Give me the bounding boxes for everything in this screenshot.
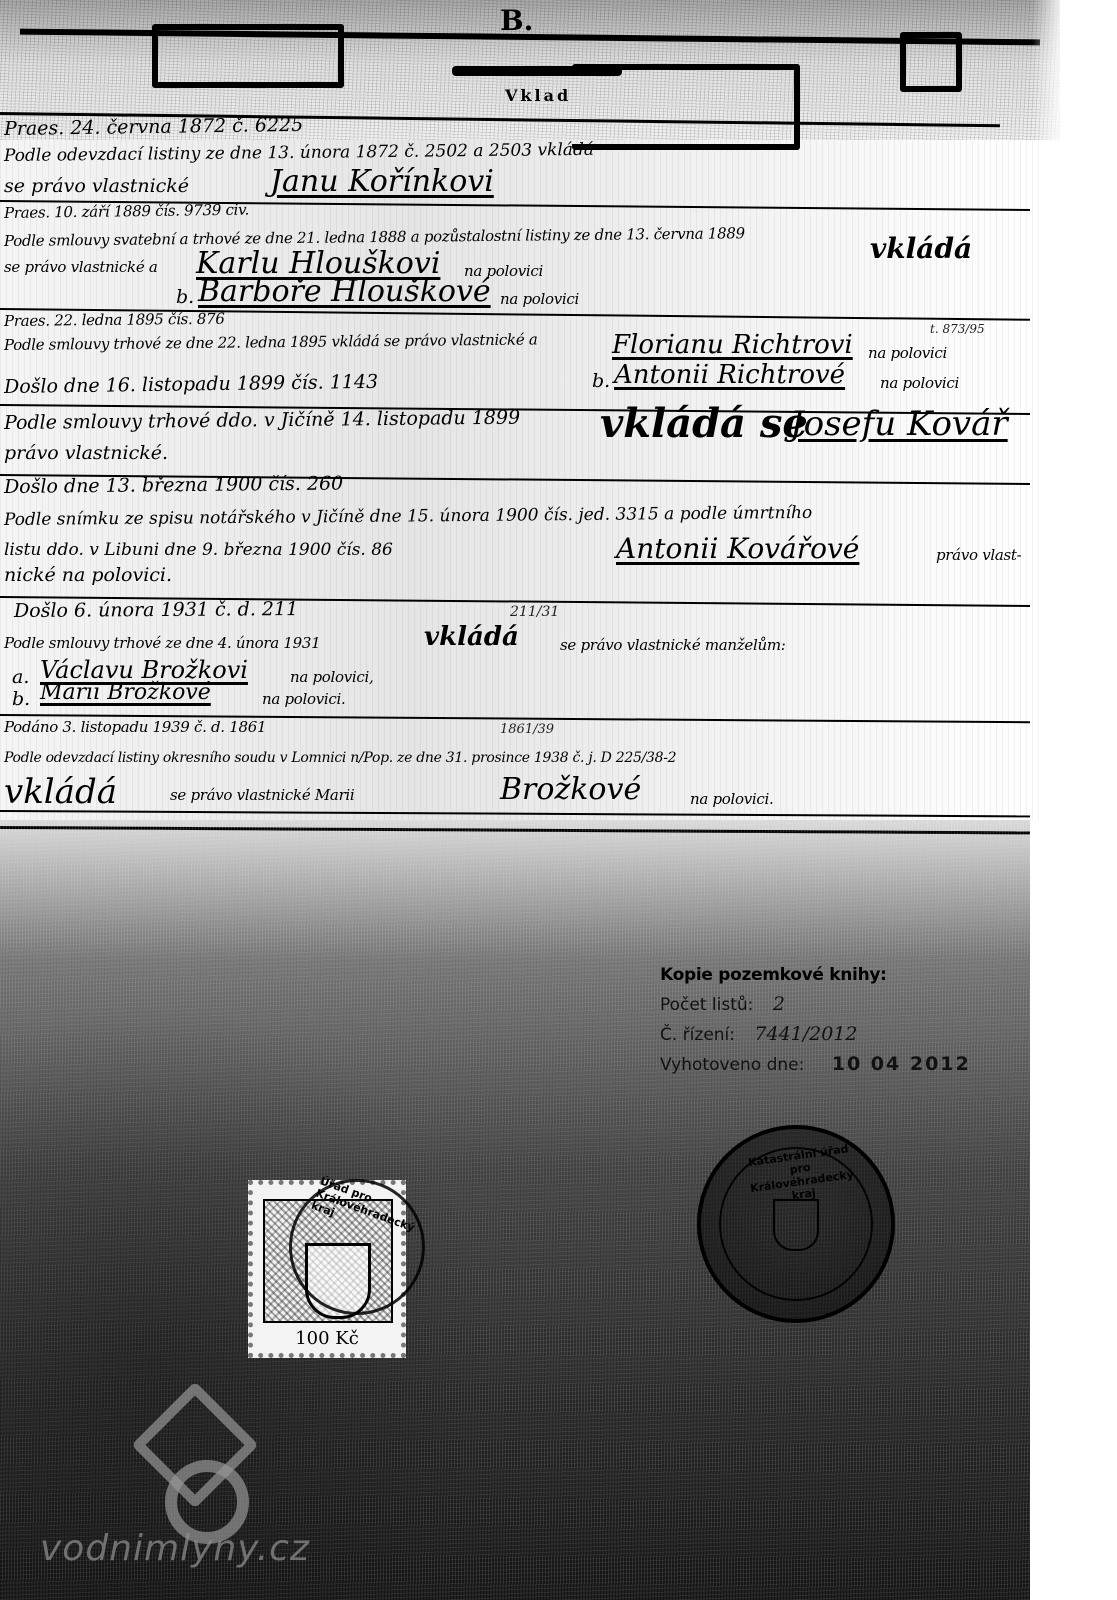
owner-name: Janu Kořínkovi bbox=[270, 164, 494, 199]
issued-label: Vyhotoveno dne: bbox=[660, 1055, 804, 1075]
watermark-text: vodnimlyny.cz bbox=[40, 1528, 310, 1569]
page-margin bbox=[1032, 0, 1117, 1600]
owner-prefix: b. bbox=[176, 286, 194, 308]
owner-prefix: b. bbox=[12, 688, 30, 710]
entry-date: Praes. 22. ledna 1895 čís. 876 bbox=[4, 310, 225, 330]
owner-share: na polovici, bbox=[290, 668, 373, 686]
entry-text: nické na polovici. bbox=[4, 564, 172, 586]
owner-name: Barboře Hlouškové bbox=[198, 274, 491, 309]
vklada-word: vkládá bbox=[424, 622, 519, 652]
ref-label: Č. řízení: bbox=[660, 1025, 735, 1045]
vklada-word: vkládá se bbox=[600, 400, 808, 447]
revenue-stamp: Úřad pro Královéhradecký kraj 100 Kč bbox=[248, 1180, 406, 1358]
owner-prefix: a. bbox=[12, 666, 29, 688]
owner-name: Josefu Kovář bbox=[790, 404, 1008, 444]
margin-note: t. 873/95 bbox=[930, 322, 985, 336]
entry-text: právo vlastnické. bbox=[4, 442, 168, 464]
entry-text: se právo vlastnické bbox=[4, 175, 189, 197]
entry-text: se právo vlastnické a bbox=[4, 258, 158, 276]
owner-share: na polovici bbox=[880, 374, 959, 392]
ref-row: Č. řízení: 7441/2012 bbox=[660, 1023, 990, 1045]
margin-note: 1861/39 bbox=[500, 722, 554, 737]
owner-share: právo vlast- bbox=[936, 546, 1021, 564]
watermark: vodnimlyny.cz bbox=[40, 1380, 280, 1580]
certification-stamp: Kopie pozemkové knihy: Počet listů: 2 Č.… bbox=[660, 965, 990, 1105]
issued-date: 10 04 2012 bbox=[832, 1053, 971, 1075]
ref-value: 7441/2012 bbox=[754, 1023, 857, 1045]
entry-date: Praes. 24. června 1872 č. 6225 bbox=[4, 114, 304, 140]
issued-row: Vyhotoveno dne: 10 04 2012 bbox=[660, 1053, 990, 1075]
entry-date: Podáno 3. listopadu 1939 č. d. 1861 bbox=[4, 718, 266, 736]
margin-note: 211/31 bbox=[510, 604, 559, 620]
entry-text: se právo vlastnické Marii bbox=[170, 786, 354, 804]
vklada-word: vkládá bbox=[870, 232, 972, 265]
pages-value: 2 bbox=[773, 993, 785, 1015]
official-seal: Katastrální úřad pro Královéhradecký kra… bbox=[697, 1125, 895, 1323]
entry-date: Praes. 10. září 1889 čís. 9739 civ. bbox=[4, 201, 249, 222]
owner-name: Antonii Richtrové bbox=[614, 360, 845, 390]
pages-row: Počet listů: 2 bbox=[660, 993, 990, 1015]
coat-of-arms-icon bbox=[773, 1199, 819, 1251]
redaction-bar bbox=[452, 66, 622, 76]
owner-name: Antonii Kovářové bbox=[616, 532, 859, 565]
vklada-word: vkládá bbox=[4, 772, 117, 812]
owner-share: na polovici. bbox=[690, 790, 773, 808]
entry-text: Podle odevzdací listiny okresního soudu … bbox=[4, 750, 676, 766]
owner-prefix: b. bbox=[592, 370, 610, 392]
empty-box-right bbox=[900, 32, 962, 92]
land-register-page: B. Vklad Praes. 24. června 1872 č. 6225 … bbox=[0, 0, 1117, 1600]
owner-share: na polovici bbox=[868, 344, 947, 362]
entry-date: Došlo dne 13. března 1900 čís. 260 bbox=[4, 472, 343, 498]
entry-text: listu ddo. v Libuni dne 9. března 1900 č… bbox=[4, 540, 393, 560]
empty-box-left bbox=[152, 24, 344, 88]
entry-text: Podle smlouvy trhové ze dne 4. února 193… bbox=[4, 634, 320, 652]
certification-title: Kopie pozemkové knihy: bbox=[660, 965, 990, 985]
sheet-letter: B. bbox=[500, 4, 533, 37]
owner-name: Brožkové bbox=[500, 772, 641, 807]
owner-name: Florianu Richtrovi bbox=[612, 330, 853, 360]
owner-share: na polovici bbox=[500, 290, 579, 308]
owner-name: Marii Brožkové bbox=[40, 680, 211, 705]
pages-label: Počet listů: bbox=[660, 995, 753, 1015]
owner-share: na polovici. bbox=[262, 690, 345, 708]
redaction-box bbox=[572, 64, 800, 150]
stamp-value: 100 Kč bbox=[253, 1328, 401, 1349]
entry-text: se právo vlastnické manželům: bbox=[560, 636, 786, 654]
section-title: Vklad bbox=[505, 86, 571, 105]
entry-date: Došlo 6. února 1931 č. d. 211 bbox=[14, 598, 298, 622]
